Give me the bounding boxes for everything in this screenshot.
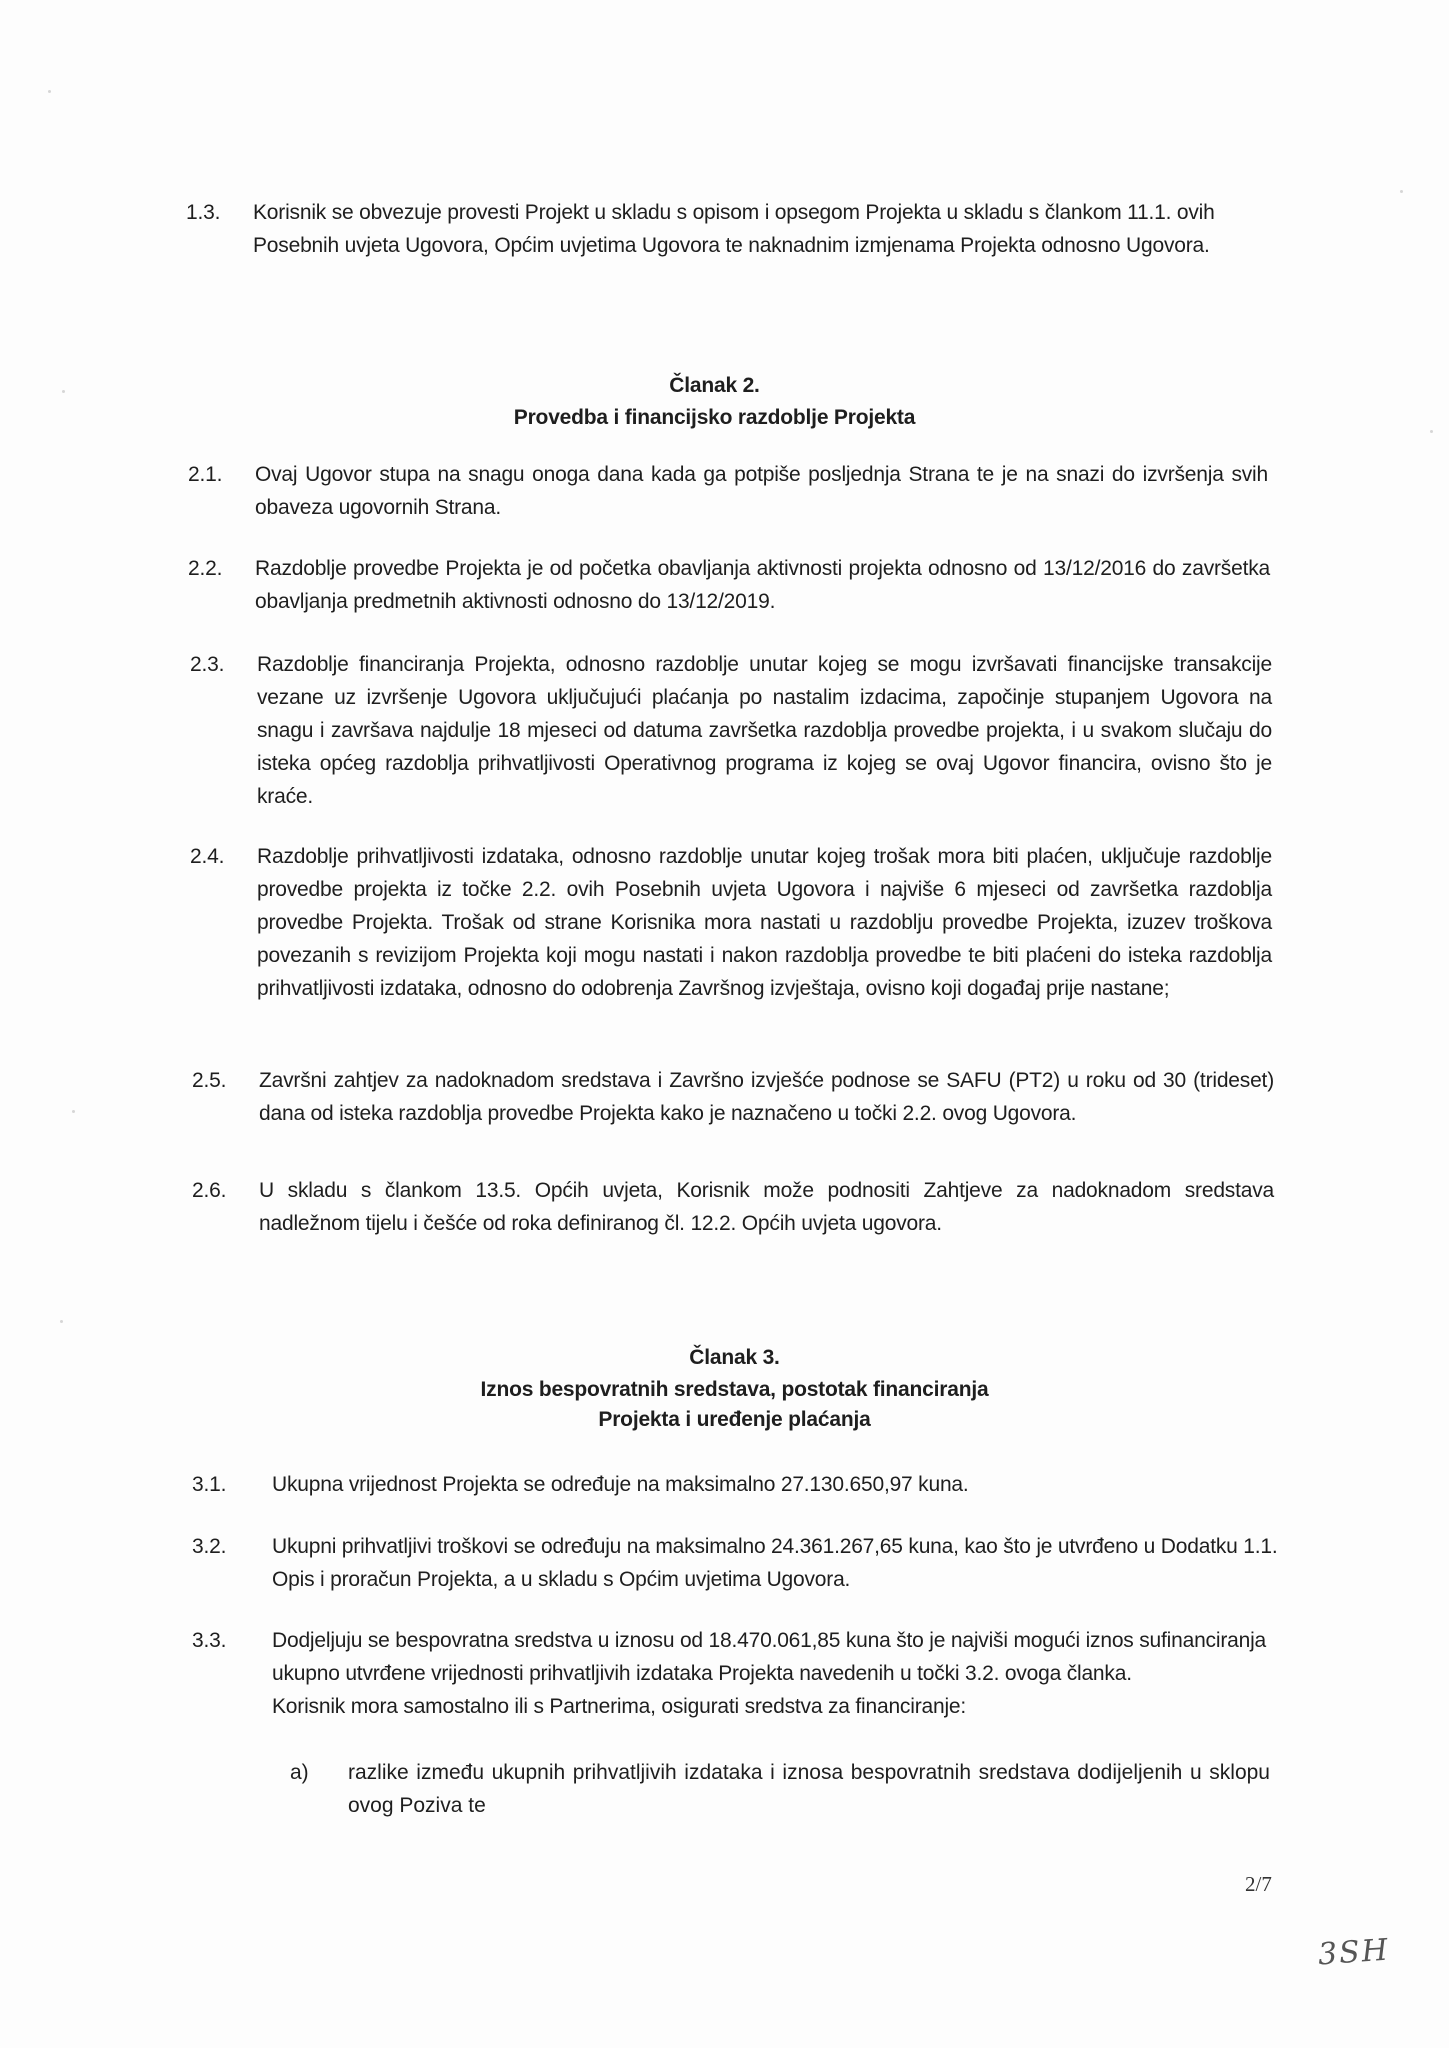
page-number: 2/7 — [1245, 1872, 1272, 1897]
clause-continuation: Korisnik mora samostalno ili s Partnerim… — [272, 1690, 1282, 1723]
clause-2-4: 2.4. Razdoblje prihvatljivosti izdataka,… — [190, 840, 1272, 1005]
item-text: razlike između ukupnih prihvatljivih izd… — [348, 1756, 1270, 1822]
clause-number: 2.5. — [192, 1064, 252, 1097]
clause-number: 3.2. — [192, 1530, 252, 1563]
scan-speck — [62, 390, 65, 393]
clause-number: 3.3. — [192, 1624, 252, 1657]
clause-2-3: 2.3. Razdoblje financiranja Projekta, od… — [190, 648, 1272, 813]
clause-text: Razdoblje provedbe Projekta je od početk… — [255, 552, 1270, 618]
handwritten-mark: 3SH — [1317, 1933, 1391, 1973]
clause-2-2: 2.2. Razdoblje provedbe Projekta je od p… — [188, 552, 1270, 618]
scan-speck — [72, 1110, 75, 1113]
clause-number: 2.1. — [188, 458, 248, 491]
clause-text: Ukupna vrijednost Projekta se određuje n… — [272, 1468, 1282, 1501]
item-label: a) — [290, 1756, 309, 1789]
article-3-subtitle-line-2: Projekta i uređenje plaćanja — [10, 1404, 1449, 1435]
clause-number: 2.3. — [190, 648, 250, 681]
clause-text: Završni zahtjev za nadoknadom sredstava … — [259, 1064, 1274, 1130]
document-page: 1.3. Korisnik se obvezuje provesti Proje… — [0, 0, 1449, 2048]
clause-2-5: 2.5. Završni zahtjev za nadoknadom sreds… — [192, 1064, 1274, 1130]
clause-text: Ukupni prihvatljivi troškovi se određuju… — [272, 1530, 1282, 1596]
clause-number: 2.2. — [188, 552, 248, 585]
clause-number: 2.4. — [190, 840, 250, 873]
scan-speck — [48, 90, 51, 93]
clause-2-1: 2.1. Ovaj Ugovor stupa na snagu onoga da… — [188, 458, 1268, 524]
scan-speck — [60, 1320, 63, 1323]
clause-3-3: 3.3. Dodjeljuju se bespovratna sredstva … — [192, 1624, 1282, 1723]
scan-speck — [1400, 190, 1403, 193]
clause-3-2: 3.2. Ukupni prihvatljivi troškovi se odr… — [192, 1530, 1282, 1596]
article-2-title: Članak 2. — [0, 370, 1439, 401]
clause-text: Razdoblje financiranja Projekta, odnosno… — [257, 648, 1272, 813]
article-3-title: Članak 3. — [10, 1342, 1449, 1373]
article-2-subtitle: Provedba i financijsko razdoblje Projekt… — [0, 402, 1439, 433]
clause-text: U skladu s člankom 13.5. Općih uvjeta, K… — [259, 1174, 1274, 1240]
clause-number: 3.1. — [192, 1468, 252, 1501]
article-3-subtitle-line-1: Iznos bespovratnih sredstava, postotak f… — [10, 1374, 1449, 1405]
clause-2-6: 2.6. U skladu s člankom 13.5. Općih uvje… — [192, 1174, 1274, 1240]
clause-number: 1.3. — [186, 196, 246, 229]
clause-3-3-item-a: a) razlike između ukupnih prihvatljivih … — [290, 1756, 1270, 1822]
clause-1-3: 1.3. Korisnik se obvezuje provesti Proje… — [186, 196, 1266, 262]
clause-text: Dodjeljuju se bespovratna sredstva u izn… — [272, 1624, 1282, 1690]
clause-text: Razdoblje prihvatljivosti izdataka, odno… — [257, 840, 1272, 1005]
clause-number: 2.6. — [192, 1174, 252, 1207]
clause-text: Ovaj Ugovor stupa na snagu onoga dana ka… — [255, 458, 1268, 524]
clause-text: Korisnik se obvezuje provesti Projekt u … — [253, 196, 1266, 262]
clause-3-1: 3.1. Ukupna vrijednost Projekta se određ… — [192, 1468, 1282, 1501]
scan-speck — [1430, 430, 1433, 433]
